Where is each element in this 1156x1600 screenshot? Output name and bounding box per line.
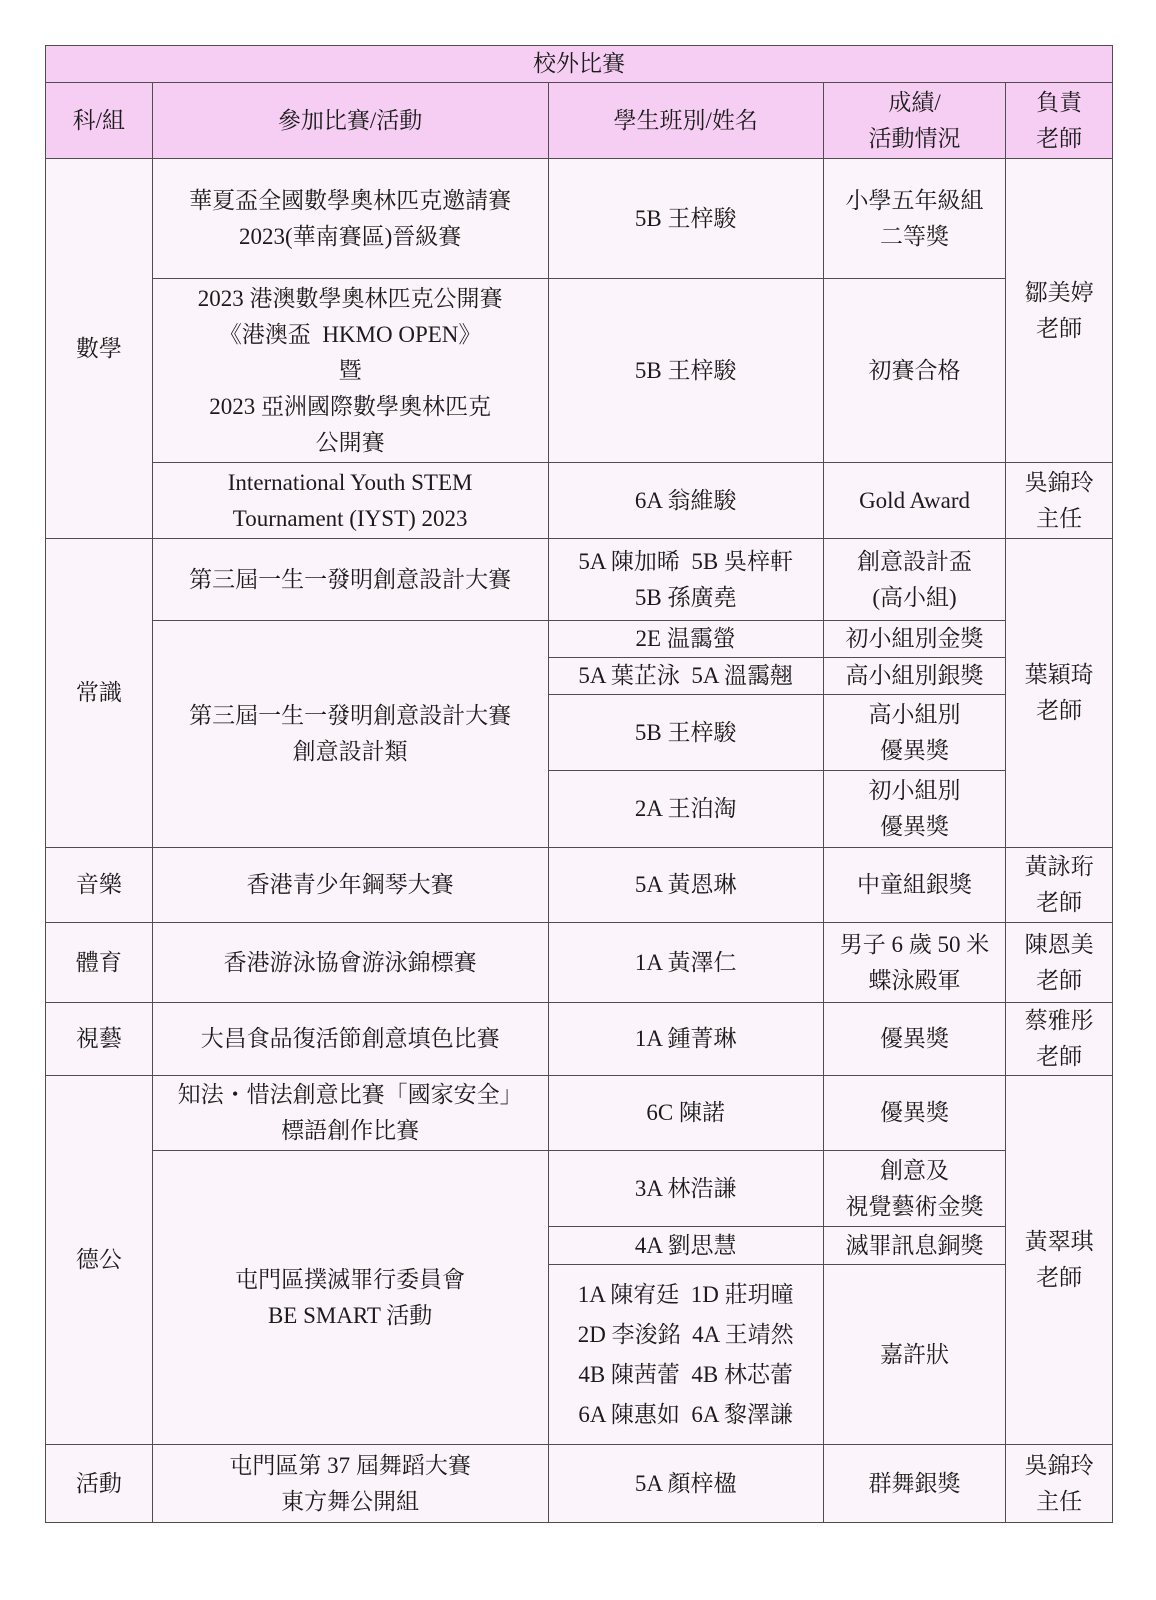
cell-result: 優異獎 (823, 1076, 1005, 1151)
cell-text-line: Gold Award (826, 483, 1003, 519)
cell-text-line: 2023 亞洲國際數學奧林匹克 (155, 389, 546, 425)
cell-text-line: 標語創作比賽 (155, 1113, 546, 1149)
cell-result: Gold Award (823, 463, 1005, 539)
cell-result: 創意設計盃(高小組) (823, 539, 1005, 621)
cell-text-line: 5B 王梓駿 (551, 201, 821, 237)
cell-text-line: 吳錦玲 (1008, 465, 1110, 501)
cell-subject: 音樂 (46, 848, 153, 923)
cell-text-line: 主任 (1008, 501, 1110, 537)
cell-text-line: International Youth STEM (155, 465, 546, 501)
cell-text-line: 屯門區第 37 屆舞蹈大賽 (155, 1448, 546, 1484)
cell-text-line: 4B 陳茜蕾 4B 林芯蕾 (551, 1355, 821, 1395)
cell-text-line: 1A 鍾菁琳 (551, 1021, 821, 1057)
cell-teacher: 黃詠珩老師 (1006, 848, 1113, 923)
cell-text-line: 中童組銀獎 (826, 867, 1003, 903)
table-row: 常識第三屆一生一發明創意設計大賽5A 陳加晞 5B 吳梓軒5B 孫廣堯創意設計盃… (46, 539, 1113, 621)
table-body: 校外比賽科/組參加比賽/活動學生班別/姓名成績/活動情況負責老師數學華夏盃全國數… (46, 46, 1113, 1523)
cell-result: 男子 6 歲 50 米蝶泳殿軍 (823, 923, 1005, 1003)
cell-students: 5B 王梓駿 (548, 279, 823, 463)
cell-text-line: 《港澳盃 HKMO OPEN》 (155, 317, 546, 353)
cell-students: 5A 黃恩琳 (548, 848, 823, 923)
document-page: 校外比賽科/組參加比賽/活動學生班別/姓名成績/活動情況負責老師數學華夏盃全國數… (0, 0, 1156, 1600)
cell-subject: 德公 (46, 1076, 153, 1445)
cell-students: 4A 劉思慧 (548, 1227, 823, 1265)
cell-subject: 活動 (46, 1445, 153, 1523)
cell-text-line: 黃翠琪 (1008, 1224, 1110, 1260)
cell-text-line: 陳恩美 (1008, 927, 1110, 963)
cell-text-line: 老師 (1008, 963, 1110, 999)
cell-text-line: 滅罪訊息銅獎 (826, 1228, 1003, 1264)
cell-competition: International Youth STEMTournament (IYST… (152, 463, 548, 539)
cell-text-line: 屯門區撲滅罪行委員會 (155, 1262, 546, 1298)
cell-text-line: 6A 翁維駿 (551, 483, 821, 519)
cell-students: 1A 陳宥廷 1D 莊玥曈2D 李浚銘 4A 王靖然4B 陳茜蕾 4B 林芯蕾6… (548, 1265, 823, 1445)
cell-students: 1A 鍾菁琳 (548, 1003, 823, 1076)
cell-result: 嘉許狀 (823, 1265, 1005, 1445)
cell-subject: 常識 (46, 539, 153, 848)
table-row: 數學華夏盃全國數學奧林匹克邀請賽2023(華南賽區)晉級賽5B 王梓駿小學五年級… (46, 159, 1113, 279)
cell-text-line: (高小組) (826, 580, 1003, 616)
cell-text-line: 高小組別 (826, 697, 1003, 733)
table-row: 第三屆一生一發明創意設計大賽創意設計類2E 温靄螢初小組別金獎 (46, 621, 1113, 658)
cell-text-line: 參加比賽/活動 (155, 103, 546, 139)
cell-text-line: 科/組 (48, 103, 150, 139)
cell-text-line: 視覺藝術金獎 (826, 1189, 1003, 1225)
cell-text-line: 5B 王梓駿 (551, 353, 821, 389)
cell-text-line: 1A 陳宥廷 1D 莊玥曈 (551, 1275, 821, 1315)
cell-text-line: 小學五年級組 (826, 183, 1003, 219)
cell-teacher: 鄒美婷老師 (1006, 159, 1113, 463)
cell-result: 高小組別優異獎 (823, 695, 1005, 771)
cell-competition: 屯門區第 37 屆舞蹈大賽東方舞公開組 (152, 1445, 548, 1523)
cell-text-line: 創意設計類 (155, 734, 546, 770)
cell-competition: 香港游泳協會游泳錦標賽 (152, 923, 548, 1003)
cell-subject: 體育 (46, 923, 153, 1003)
cell-text-line: 吳錦玲 (1008, 1448, 1110, 1484)
cell-students: 6A 翁維駿 (548, 463, 823, 539)
cell-competition: 華夏盃全國數學奧林匹克邀請賽2023(華南賽區)晉級賽 (152, 159, 548, 279)
cell-text-line: 老師 (1008, 693, 1110, 729)
cell-text-line: 學生班別/姓名 (551, 103, 821, 139)
cell-text-line: 鄒美婷 (1008, 275, 1110, 311)
cell-students: 5A 葉芷泳 5A 溫靄翹 (548, 658, 823, 695)
cell-competition: 香港青少年鋼琴大賽 (152, 848, 548, 923)
cell-text-line: 優異獎 (826, 733, 1003, 769)
cell-competition: 大昌食品復活節創意填色比賽 (152, 1003, 548, 1076)
table-row: 2023 港澳數學奧林匹克公開賽《港澳盃 HKMO OPEN》暨2023 亞洲國… (46, 279, 1113, 463)
cell-text-line: 2E 温靄螢 (551, 621, 821, 657)
cell-text-line: 老師 (1008, 885, 1110, 921)
cell-teacher: 葉穎琦老師 (1006, 539, 1113, 848)
cell-text-line: 校外比賽 (48, 47, 1110, 81)
cell-text-line: 第三屆一生一發明創意設計大賽 (155, 698, 546, 734)
cell-text-line: 蔡雅彤 (1008, 1003, 1110, 1039)
table-row: 屯門區撲滅罪行委員會BE SMART 活動3A 林浩謙創意及視覺藝術金獎 (46, 1151, 1113, 1227)
cell-text-line: 第三屆一生一發明創意設計大賽 (155, 562, 546, 598)
cell-subject: 視藝 (46, 1003, 153, 1076)
cell-text-line: 常識 (48, 675, 150, 711)
cell-text-line: 視藝 (48, 1021, 150, 1057)
cell-text-line: 老師 (1008, 121, 1110, 157)
cell-text-line: BE SMART 活動 (155, 1298, 546, 1334)
cell-text-line: 初小組別金獎 (826, 621, 1003, 657)
col-subject-header: 科/組 (46, 83, 153, 159)
cell-text-line: 5A 顏梓楹 (551, 1466, 821, 1502)
cell-text-line: 葉穎琦 (1008, 657, 1110, 693)
table-row: 體育香港游泳協會游泳錦標賽1A 黃澤仁男子 6 歲 50 米蝶泳殿軍陳恩美老師 (46, 923, 1113, 1003)
cell-students: 5A 顏梓楹 (548, 1445, 823, 1523)
cell-teacher: 吳錦玲主任 (1006, 1445, 1113, 1523)
cell-text-line: 2A 王泊淘 (551, 791, 821, 827)
cell-text-line: 老師 (1008, 311, 1110, 347)
cell-text-line: 5A 陳加晞 5B 吳梓軒 (551, 544, 821, 580)
cell-text-line: 2D 李浚銘 4A 王靖然 (551, 1315, 821, 1355)
cell-students: 3A 林浩謙 (548, 1151, 823, 1227)
cell-competition: 屯門區撲滅罪行委員會BE SMART 活動 (152, 1151, 548, 1445)
table-header-row: 科/組參加比賽/活動學生班別/姓名成績/活動情況負責老師 (46, 83, 1113, 159)
cell-text-line: 創意設計盃 (826, 544, 1003, 580)
cell-text-line: 德公 (48, 1242, 150, 1278)
cell-result: 優異獎 (823, 1003, 1005, 1076)
cell-result: 初小組別金獎 (823, 621, 1005, 658)
cell-result: 中童組銀獎 (823, 848, 1005, 923)
cell-students: 1A 黃澤仁 (548, 923, 823, 1003)
cell-text-line: 活動情況 (826, 121, 1003, 157)
cell-text-line: 大昌食品復活節創意填色比賽 (155, 1021, 546, 1057)
cell-result: 初小組別優異獎 (823, 771, 1005, 848)
table-row: International Youth STEMTournament (IYST… (46, 463, 1113, 539)
cell-text-line: Tournament (IYST) 2023 (155, 501, 546, 537)
col-students-header: 學生班別/姓名 (548, 83, 823, 159)
cell-result: 滅罪訊息銅獎 (823, 1227, 1005, 1265)
cell-result: 高小組別銀獎 (823, 658, 1005, 695)
external-competition-table: 校外比賽科/組參加比賽/活動學生班別/姓名成績/活動情況負責老師數學華夏盃全國數… (45, 45, 1113, 1523)
cell-text-line: 活動 (48, 1466, 150, 1502)
cell-text-line: 初小組別 (826, 773, 1003, 809)
cell-students: 2E 温靄螢 (548, 621, 823, 658)
cell-text-line: 蝶泳殿軍 (826, 963, 1003, 999)
cell-text-line: 1A 黃澤仁 (551, 945, 821, 981)
cell-competition: 第三屆一生一發明創意設計大賽創意設計類 (152, 621, 548, 848)
cell-text-line: 6A 陳惠如 6A 黎澤謙 (551, 1395, 821, 1435)
cell-text-line: 群舞銀獎 (826, 1466, 1003, 1502)
cell-text-line: 東方舞公開組 (155, 1484, 546, 1520)
table-row: 活動屯門區第 37 屆舞蹈大賽東方舞公開組5A 顏梓楹群舞銀獎吳錦玲主任 (46, 1445, 1113, 1523)
cell-text-line: 創意及 (826, 1153, 1003, 1189)
table-row: 音樂香港青少年鋼琴大賽5A 黃恩琳中童組銀獎黃詠珩老師 (46, 848, 1113, 923)
cell-text-line: 2023(華南賽區)晉級賽 (155, 219, 546, 255)
cell-text-line: 香港青少年鋼琴大賽 (155, 867, 546, 903)
cell-text-line: 公開賽 (155, 425, 546, 461)
cell-text-line: 數學 (48, 331, 150, 367)
cell-text-line: 老師 (1008, 1260, 1110, 1296)
table-title-row: 校外比賽 (46, 46, 1113, 83)
cell-competition: 2023 港澳數學奧林匹克公開賽《港澳盃 HKMO OPEN》暨2023 亞洲國… (152, 279, 548, 463)
cell-competition: 知法・惜法創意比賽「國家安全」標語創作比賽 (152, 1076, 548, 1151)
cell-text-line: 負責 (1008, 85, 1110, 121)
cell-text-line: 黃詠珩 (1008, 849, 1110, 885)
cell-teacher: 蔡雅彤老師 (1006, 1003, 1113, 1076)
cell-text-line: 男子 6 歲 50 米 (826, 927, 1003, 963)
cell-text-line: 5A 葉芷泳 5A 溫靄翹 (551, 658, 821, 694)
cell-text-line: 5A 黃恩琳 (551, 867, 821, 903)
cell-text-line: 2023 港澳數學奧林匹克公開賽 (155, 281, 546, 317)
cell-competition: 第三屆一生一發明創意設計大賽 (152, 539, 548, 621)
cell-text-line: 5B 王梓駿 (551, 715, 821, 751)
cell-text-line: 香港游泳協會游泳錦標賽 (155, 945, 546, 981)
cell-result: 群舞銀獎 (823, 1445, 1005, 1523)
cell-text-line: 優異獎 (826, 1021, 1003, 1057)
cell-text-line: 二等獎 (826, 219, 1003, 255)
cell-text-line: 優異獎 (826, 809, 1003, 845)
cell-students: 5B 王梓駿 (548, 159, 823, 279)
cell-teacher: 陳恩美老師 (1006, 923, 1113, 1003)
cell-text-line: 老師 (1008, 1039, 1110, 1075)
cell-text-line: 3A 林浩謙 (551, 1171, 821, 1207)
cell-text-line: 華夏盃全國數學奧林匹克邀請賽 (155, 183, 546, 219)
table-row: 視藝大昌食品復活節創意填色比賽1A 鍾菁琳優異獎蔡雅彤老師 (46, 1003, 1113, 1076)
cell-students: 5B 王梓駿 (548, 695, 823, 771)
cell-text-line: 體育 (48, 945, 150, 981)
cell-text-line: 知法・惜法創意比賽「國家安全」 (155, 1077, 546, 1113)
col-teacher-header: 負責老師 (1006, 83, 1113, 159)
cell-subject: 數學 (46, 159, 153, 539)
cell-text-line: 5B 孫廣堯 (551, 580, 821, 616)
cell-text-line: 主任 (1008, 1484, 1110, 1520)
cell-students: 6C 陳諾 (548, 1076, 823, 1151)
cell-text-line: 高小組別銀獎 (826, 658, 1003, 694)
table-title: 校外比賽 (46, 46, 1113, 83)
cell-text-line: 嘉許狀 (826, 1337, 1003, 1373)
cell-text-line: 成績/ (826, 85, 1003, 121)
cell-result: 初賽合格 (823, 279, 1005, 463)
cell-teacher: 吳錦玲主任 (1006, 463, 1113, 539)
cell-result: 小學五年級組二等獎 (823, 159, 1005, 279)
cell-students: 5A 陳加晞 5B 吳梓軒5B 孫廣堯 (548, 539, 823, 621)
table-row: 德公知法・惜法創意比賽「國家安全」標語創作比賽6C 陳諾優異獎黃翠琪老師 (46, 1076, 1113, 1151)
cell-students: 2A 王泊淘 (548, 771, 823, 848)
cell-text-line: 優異獎 (826, 1095, 1003, 1131)
cell-result: 創意及視覺藝術金獎 (823, 1151, 1005, 1227)
col-result-header: 成績/活動情況 (823, 83, 1005, 159)
cell-text-line: 6C 陳諾 (551, 1095, 821, 1131)
col-competition-header: 參加比賽/活動 (152, 83, 548, 159)
cell-text-line: 暨 (155, 353, 546, 389)
cell-teacher: 黃翠琪老師 (1006, 1076, 1113, 1445)
cell-text-line: 音樂 (48, 867, 150, 903)
cell-text-line: 4A 劉思慧 (551, 1228, 821, 1264)
cell-text-line: 初賽合格 (826, 353, 1003, 389)
